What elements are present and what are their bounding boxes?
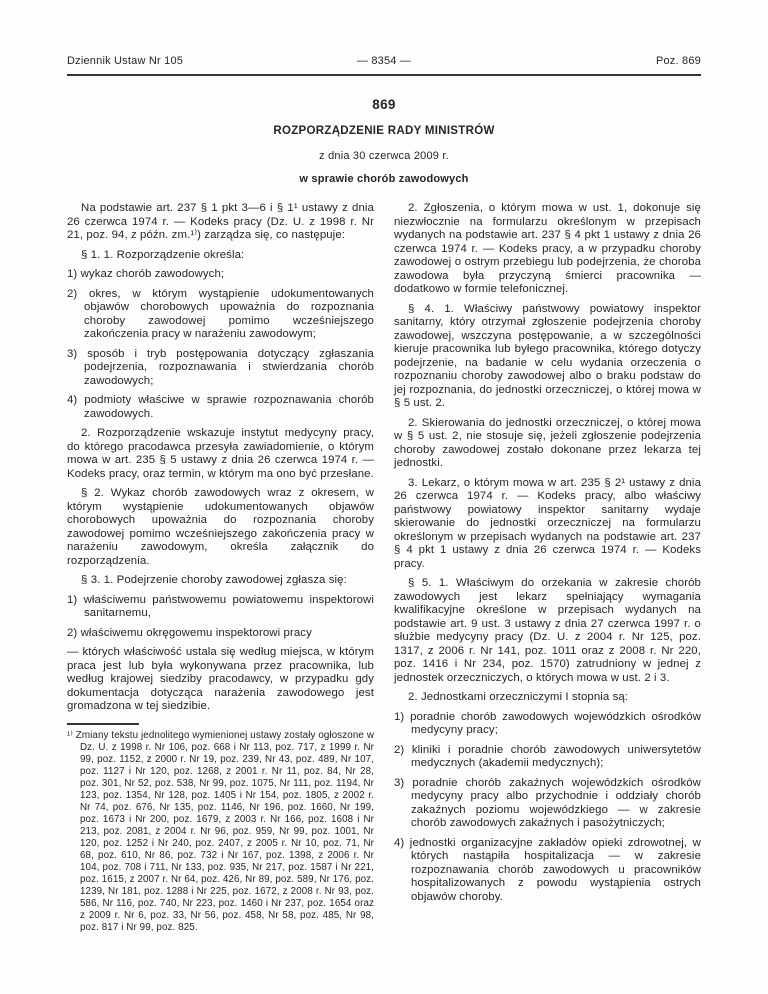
list-item: 3) sposób i tryb postępowania dotyczący … — [67, 348, 374, 389]
list-item: 1) wykaz chorób zawodowych; — [67, 268, 374, 282]
footnote-marker: ¹⁾ — [67, 730, 73, 741]
list-item: 2) właściwemu okręgowemu inspektorowi pr… — [67, 627, 374, 641]
list-item: 4) podmioty właściwe w sprawie rozpoznaw… — [67, 394, 374, 421]
left-column: Na podstawie art. 237 § 1 pkt 3—6 i § 1¹… — [67, 202, 374, 934]
document-page: Dziennik Ustaw Nr 105 — 8354 — Poz. 869 … — [0, 0, 768, 994]
paragraph: § 3. 1. Podejrzenie choroby zawodowej zg… — [67, 574, 374, 588]
paragraph: 2. Jednostkami orzeczniczymi I stopnia s… — [394, 691, 701, 705]
footnote: ¹⁾ Zmiany tekstu jednolitego wymienionej… — [67, 730, 374, 934]
act-date: z dnia 30 czerwca 2009 r. — [67, 150, 701, 162]
list-item: 1) poradnie chorób zawodowych wojewódzki… — [394, 711, 701, 738]
act-subject: w sprawie chorób zawodowych — [67, 173, 701, 185]
footnote-separator — [67, 723, 139, 725]
act-heading: ROZPORZĄDZENIE RADY MINISTRÓW — [67, 125, 701, 137]
act-number: 869 — [67, 97, 701, 112]
header-position: Poz. 869 — [490, 55, 701, 67]
footnote-text: Zmiany tekstu jednolitego wymienionej us… — [76, 730, 374, 933]
paragraph: Na podstawie art. 237 § 1 pkt 3—6 i § 1¹… — [67, 202, 374, 243]
paragraph: § 5. 1. Właściwym do orzekania w zakresi… — [394, 577, 701, 685]
paragraph: § 1. 1. Rozporządzenie określa: — [67, 249, 374, 263]
paragraph: 2. Zgłoszenia, o którym mowa w ust. 1, d… — [394, 202, 701, 297]
running-header: Dziennik Ustaw Nr 105 — 8354 — Poz. 869 — [67, 55, 701, 76]
paragraph: 2. Skierowania do jednostki orzeczniczej… — [394, 417, 701, 471]
header-journal-title: Dziennik Ustaw Nr 105 — [67, 55, 278, 67]
list-item: 4) jednostki organizacyjne zakładów opie… — [394, 837, 701, 905]
paragraph: § 4. 1. Właściwy państwowy powiatowy ins… — [394, 303, 701, 411]
right-column: 2. Zgłoszenia, o którym mowa w ust. 1, d… — [394, 202, 701, 934]
dash-paragraph: — których właściwość ustala się według m… — [67, 646, 374, 714]
paragraph: § 2. Wykaz chorób zawodowych wraz z okre… — [67, 487, 374, 568]
list-item: 2) kliniki i poradnie chorób zawodowych … — [394, 744, 701, 771]
paragraph: 3. Lekarz, o którym mowa w art. 235 § 2¹… — [394, 477, 701, 572]
list-item: 3) poradnie chorób zakaźnych wojewódzkic… — [394, 777, 701, 831]
paragraph: 2. Rozporządzenie wskazuje instytut medy… — [67, 427, 374, 481]
list-item: 2) okres, w którym wystąpienie udokument… — [67, 288, 374, 342]
content-columns: Na podstawie art. 237 § 1 pkt 3—6 i § 1¹… — [67, 202, 701, 934]
title-block: 869 ROZPORZĄDZENIE RADY MINISTRÓW z dnia… — [67, 97, 701, 185]
list-item: 1) właściwemu państwowemu powiatowemu in… — [67, 594, 374, 621]
header-page-number: — 8354 — — [278, 55, 489, 67]
